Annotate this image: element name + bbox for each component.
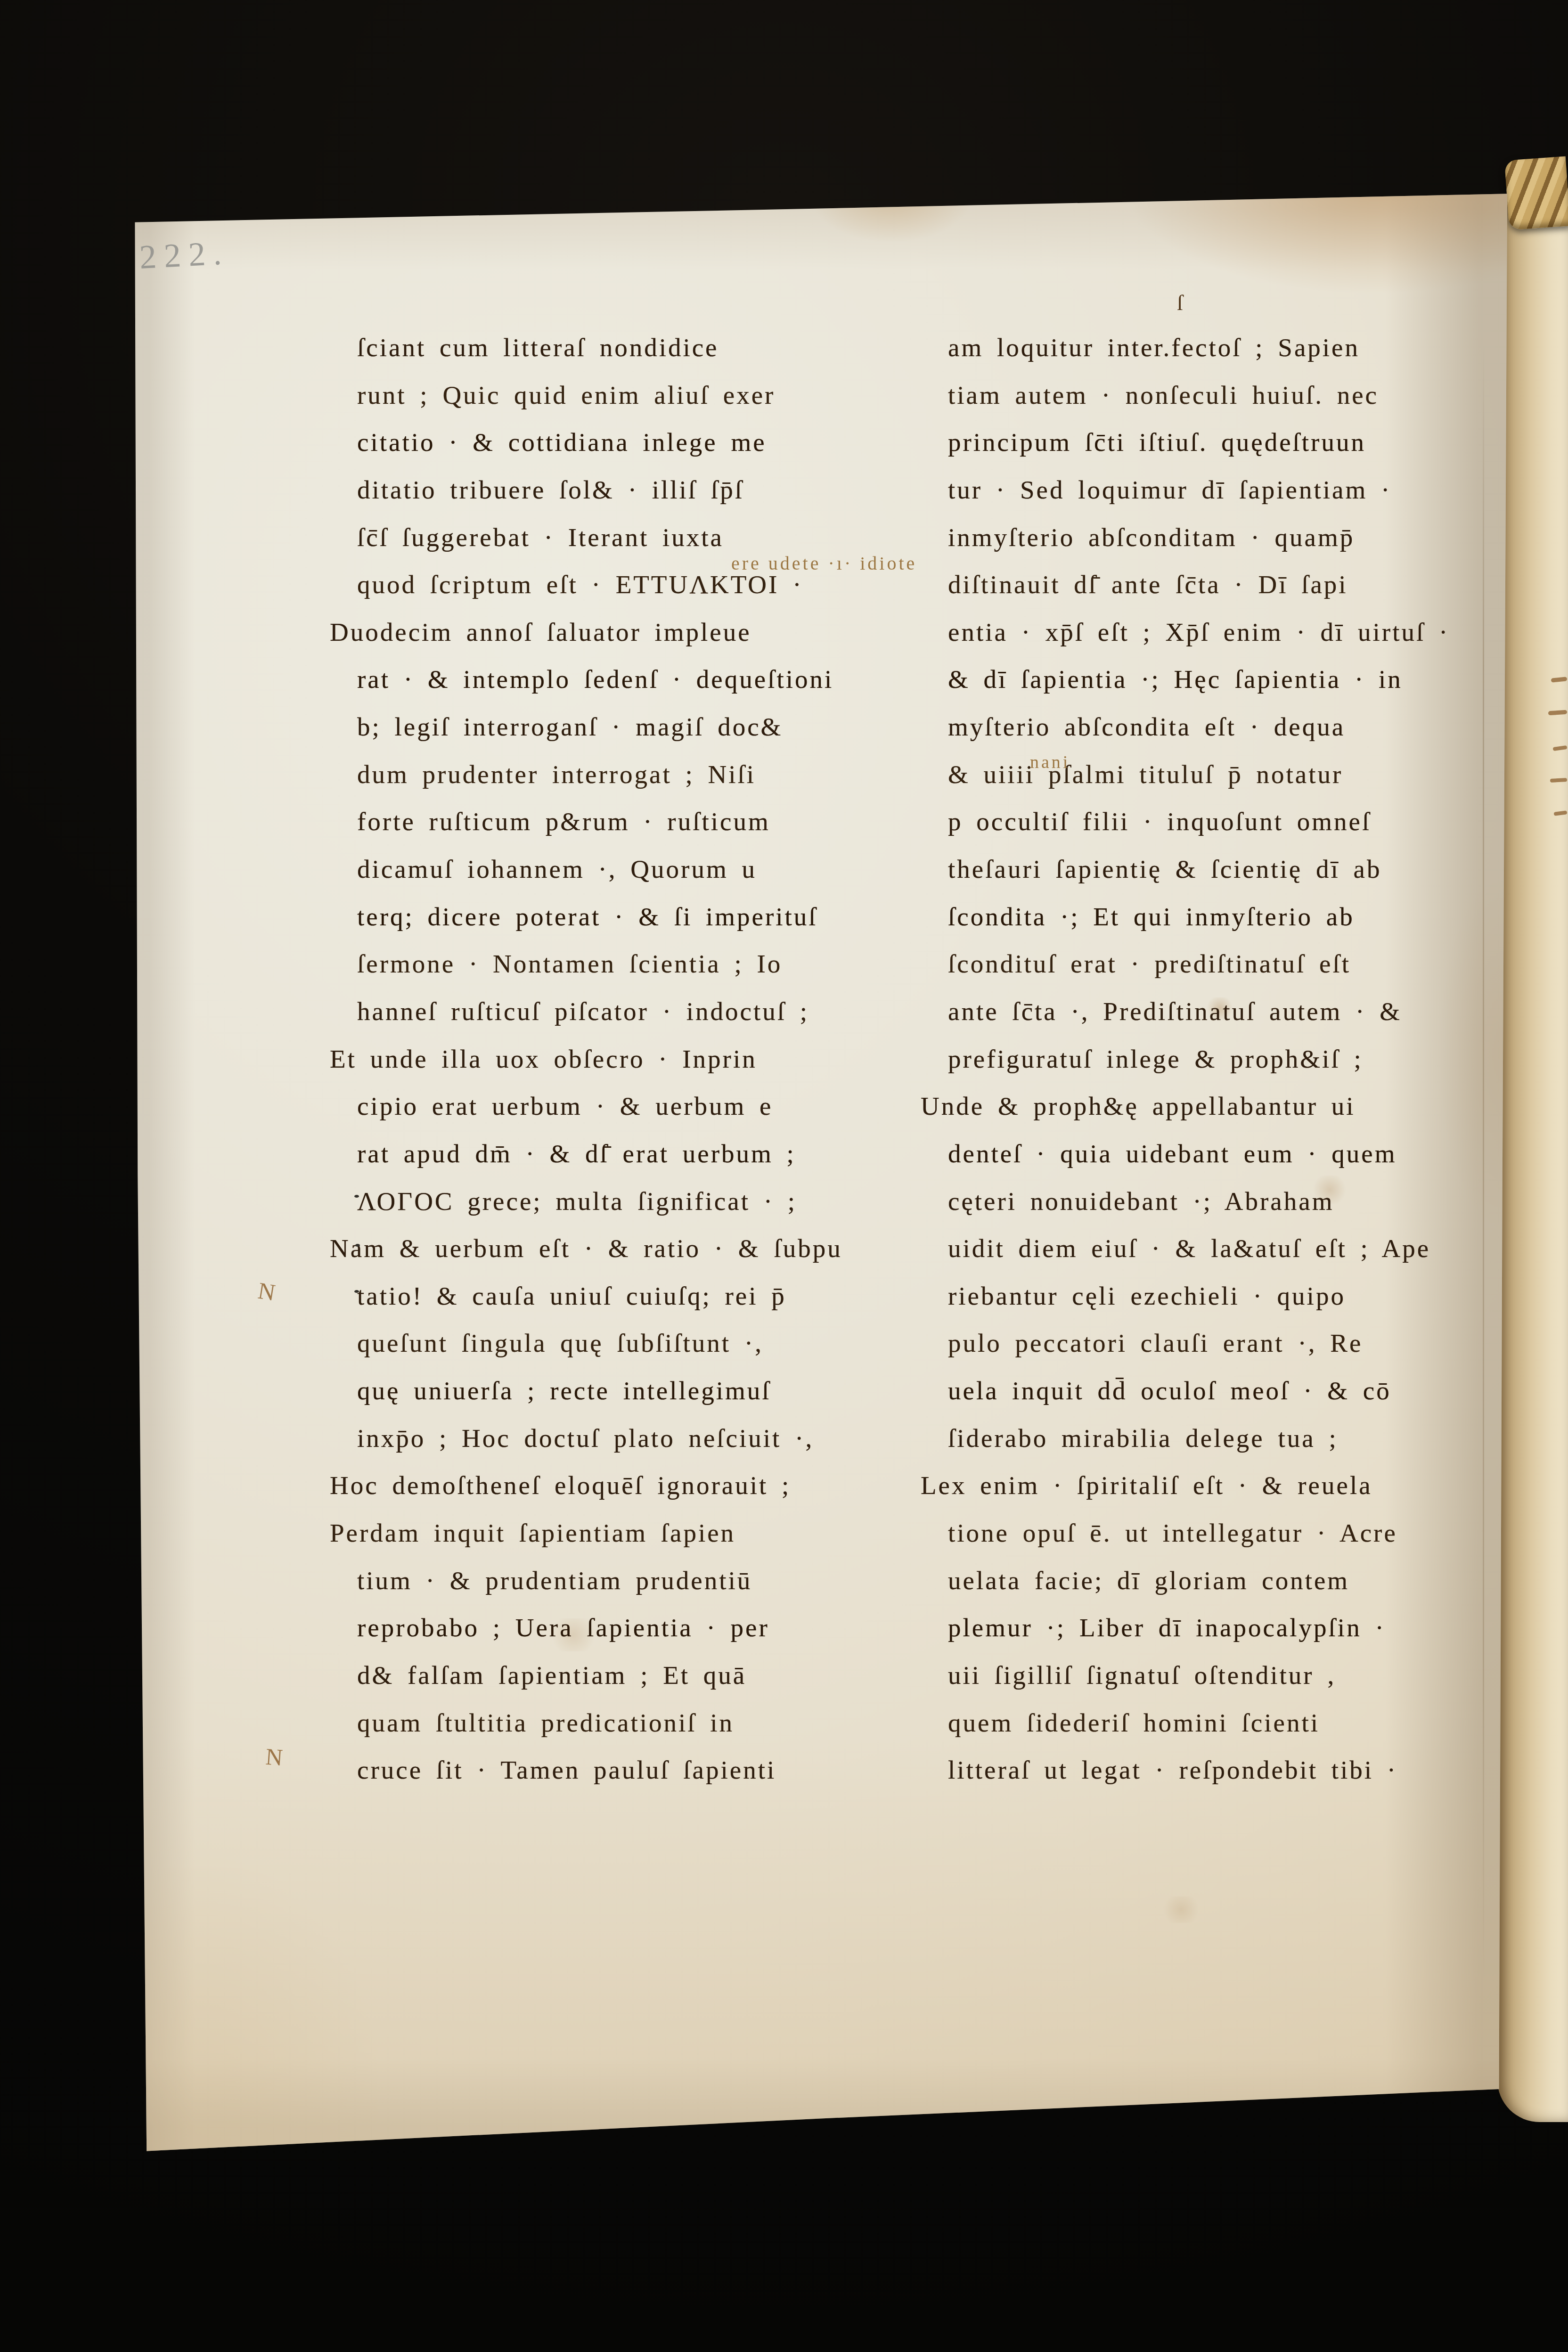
text-column-right: am loquitur inter.fectoſ ; Sapientiam au… [948,324,1449,1794]
text-line: myſterio abſcondita eſt · dequa [948,703,1449,751]
text-line: terq; dicere poterat · & ſi imperituſ [357,893,842,941]
text-line: b; legiſ interroganſ · magiſ doc& [357,703,842,751]
text-line: cipio erat uerbum · & uerbum e [357,1083,842,1130]
text-line: ſcondita ·; Et qui inmyſterio ab [948,893,1449,941]
text-line: ſiderabo mirabilia delege tua ; [948,1415,1449,1462]
text-line: hanneſ ruſticuſ piſcator · indoctuſ ; [357,988,842,1036]
text-line: citatio · & cottidiana inlege me [357,419,842,466]
text-line: ſcondituſ erat · prediſtinatuſ eſt [948,940,1449,988]
text-line: ſciant cum litteraſ nondidice [357,324,842,372]
text-line: riebantur cęli ezechieli · quipo [948,1273,1449,1320]
manuscript-photo: 222. ſciant cum litteraſ nondidicerunt ;… [0,0,1568,2352]
text-line: ante ſc̄ta ·, Prediſtinatuſ autem · & [948,988,1449,1036]
text-line: & dī ſapientia ·; Hęc ſapientia · in [948,656,1449,703]
parchment-crease [1483,342,1484,1981]
text-line: inmyſterio abſconditam · quamp̄ [948,514,1449,562]
text-line: forte ruſticum p&rum · ruſticum [357,798,842,846]
text-line: am loquitur inter.fectoſ ; Sapien [948,324,1449,372]
text-line: uidit diem eiuſ · & la&atuſ eſt ; Ape [948,1225,1449,1273]
text-line: rat · & intemplo ſedenſ · dequeſtioni [357,656,842,703]
text-line: Perdam inquit ſapientiam ſapien [330,1510,842,1557]
text-line: uelata facie; dī gloriam contem [948,1557,1449,1605]
text-line: uii ſigilliſ ſignatuſ oſtenditur , [948,1652,1449,1699]
pricking-mark [354,1195,359,1198]
text-line: quam ſtultitia predicationiſ in [357,1699,842,1747]
text-line: d& falſam ſapientiam ; Et quā [357,1652,842,1699]
text-line: reprobabo ; Uera ſapientia · per [357,1604,842,1652]
text-line: runt ; Quic quid enim aliuſ exer [357,372,842,419]
text-line: Lex enim · ſpiritaliſ eſt · & reuela [921,1462,1449,1510]
text-line: prefiguratuſ inlege & proph&iſ ; [948,1036,1449,1083]
text-line: diſtinauit dſ̄ ante ſc̄ta · Dī ſapi [948,561,1449,609]
text-line: dicamuſ iohannem ·, Quorum u [357,846,842,893]
text-line: uela inquit dd̄ oculoſ meoſ · & cō [948,1367,1449,1415]
interlinear-gloss-nani: nani [1030,752,1070,773]
text-line: denteſ · quia uidebant eum · quem [948,1130,1449,1178]
text-line: litteraſ ut legat · reſpondebit tibi · [948,1747,1449,1794]
text-line: cęteri nonuidebant ·; Abraham [948,1178,1449,1225]
headband-icon [1504,156,1568,230]
text-line: Unde & proph&ę appellabantur ui [921,1083,1449,1130]
text-line: quem ſidederiſ homini ſcienti [948,1699,1449,1747]
folio-number-pencil: 222. [139,233,230,277]
text-line: & uiiii pſalmi tituluſ p̄ notatur [948,751,1449,799]
text-line: Nam & uerbum eſt · & ratio · & ſubpu [330,1225,842,1273]
text-line: principum ſc̄ti iſtiuſ. quędeſtruun [948,419,1449,466]
interlinear-gloss-greek-line: ere udete ·ı· idiote [731,552,917,574]
insertion-mark: ſ [1177,290,1185,315]
text-line: ΛΟΓΟC grece; multa ſignificat · ; [357,1178,842,1225]
text-line: tatio! & cauſa uniuſ cuiuſq; rei p̄ [357,1273,842,1320]
text-line: ſermone · Nontamen ſcientia ; Io [357,940,842,988]
margin-mark: N [265,1743,284,1771]
text-line: rat apud dm̄ · & dſ̄ erat uerbum ; [357,1130,842,1178]
text-line: inxp̄o ; Hoc doctuſ plato neſciuit ·, [357,1415,842,1462]
text-line: Duodecim annoſ ſaluator impleue [330,609,842,656]
text-line: ditatio tribuere ſol& · illiſ ſp̄ſ [357,466,842,514]
text-line: quę uniuerſa ; recte intellegimuſ [357,1367,842,1415]
text-line: Hoc demoſtheneſ eloquēſ ignorauit ; [330,1462,842,1510]
text-line: queſunt ſingula quę ſubſiſtunt ·, [357,1320,842,1367]
text-column-left: ſciant cum litteraſ nondidicerunt ; Quic… [357,324,842,1794]
text-line: p occultiſ filii · inquoſunt omneſ [948,798,1449,846]
text-line: entia · xp̄ſ eſt ; Xp̄ſ enim · dī uirtuſ… [948,609,1449,656]
text-line: tione opuſ ē. ut intellegatur · Acre [948,1510,1449,1557]
text-line: tium · & prudentiam prudentiū [357,1557,842,1605]
text-line: Et unde illa uox obſecro · Inprin [330,1036,842,1083]
text-line: dum prudenter interrogat ; Niſi [357,751,842,799]
text-line: plemur ·; Liber dī inapocalypſin · [948,1604,1449,1652]
pricking-mark [354,1290,359,1293]
text-line: tiam autem · nonſeculi huiuſ. nec [948,372,1449,419]
book-block-edge [1497,194,1568,2122]
text-line: tur · Sed loquimur dī ſapientiam · [948,466,1449,514]
text-line: cruce ſit · Tamen pauluſ ſapienti [357,1747,842,1794]
text-line: pulo peccatori clauſi erant ·, Re [948,1320,1449,1367]
pricking-mark [355,1244,360,1247]
text-line: theſauri ſapientię & ſcientię dī ab [948,846,1449,893]
